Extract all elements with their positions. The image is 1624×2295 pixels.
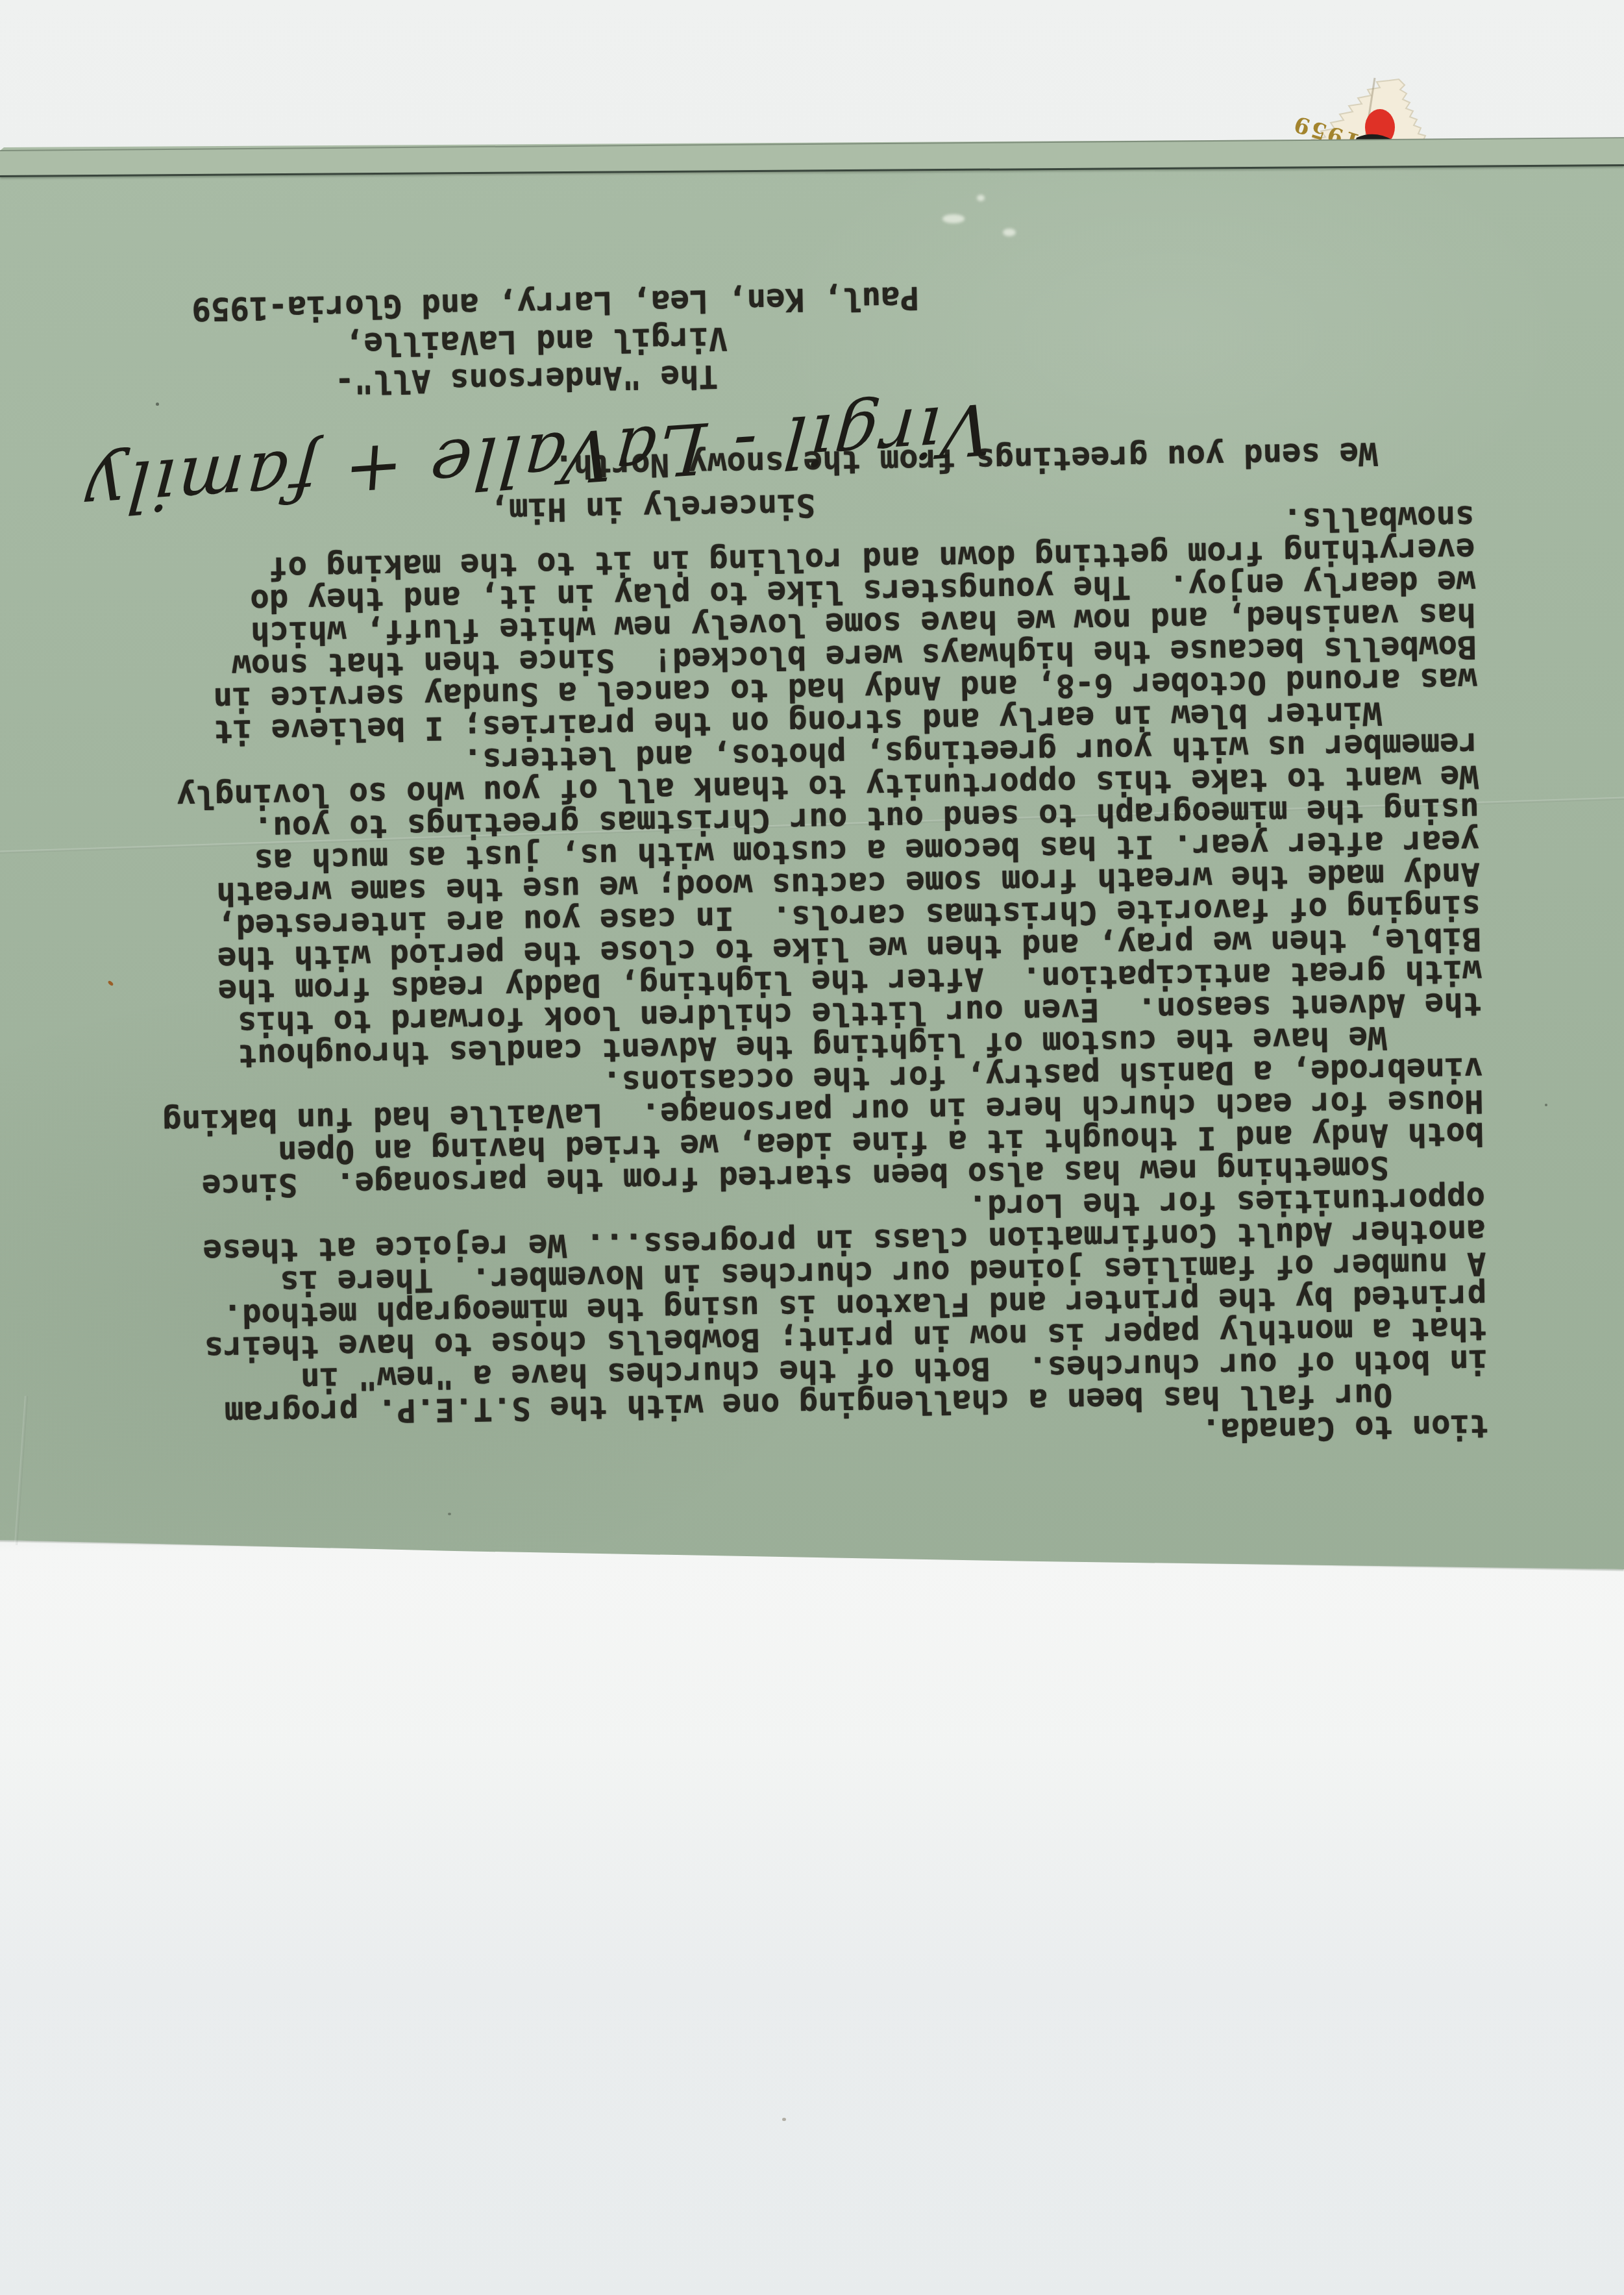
letter-body: tion to Canada. Our fall has been a chal… bbox=[152, 436, 1490, 1560]
paper-speck bbox=[782, 2118, 786, 2121]
children-names-line: Paul, Ken, Lea, Larry, and Gloria-1959 bbox=[191, 281, 920, 325]
family-title-line: The "Andersons All"- bbox=[335, 360, 719, 398]
parents-names-line: Virgil and LaVaille, bbox=[345, 322, 728, 360]
scanned-letter-page: NGS·1959 tion to Ca bbox=[0, 0, 1624, 2295]
upside-down-letter-text: tion to Canada. Our fall has been a chal… bbox=[0, 161, 1624, 1567]
signature-script-text: Virgil - LaValle + family bbox=[80, 387, 994, 532]
